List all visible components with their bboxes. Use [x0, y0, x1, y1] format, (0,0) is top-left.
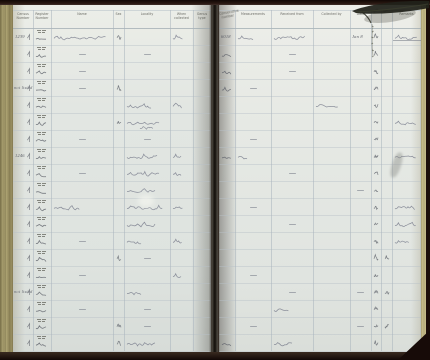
census-tick-mark	[27, 153, 32, 160]
handwriting-script	[140, 124, 153, 131]
handwriting-script	[127, 152, 157, 161]
handwriting-script	[274, 33, 305, 42]
register-date-stamp	[37, 217, 46, 218]
handwritten-number	[222, 68, 231, 76]
handwritten-register-number	[36, 273, 46, 280]
register-date-stamp	[37, 149, 46, 150]
ditto-dash-mark	[289, 54, 296, 55]
binding-gutter	[209, 4, 220, 355]
register-date-stamp	[37, 319, 46, 320]
census-tick-mark	[27, 51, 32, 58]
handwritten-number	[222, 340, 231, 348]
column-header-collby: Collected by	[313, 13, 350, 16]
row-line	[219, 334, 421, 335]
census-tick-mark	[27, 340, 32, 347]
handwritten-text: 1239	[15, 35, 25, 40]
ditto-dash-mark	[144, 309, 151, 310]
row-line	[219, 130, 421, 131]
handwritten-register-number	[36, 341, 46, 348]
handwriting-script	[127, 101, 151, 110]
row-line	[219, 181, 421, 182]
header-bottom-rule	[13, 28, 211, 29]
page-block-edge-left	[0, 4, 13, 354]
handwritten-register-number	[36, 137, 46, 144]
ledger-page-left: Census NumberRegister NumberNameSexLocal…	[13, 5, 211, 352]
handwriting-script	[127, 339, 155, 348]
census-tick-mark	[27, 187, 32, 194]
sex-mark	[385, 254, 389, 262]
handwriting-script	[173, 101, 182, 110]
sex-mark	[117, 84, 121, 92]
register-date-stamp	[38, 83, 45, 84]
column-header-date: Date	[350, 13, 371, 16]
handwritten-register-number	[36, 307, 46, 314]
row-line	[13, 181, 211, 182]
register-date-stamp	[38, 100, 45, 101]
handwriting-script	[173, 169, 181, 178]
register-date-stamp	[37, 115, 46, 116]
census-tick-mark	[27, 68, 32, 75]
sex-mark	[374, 237, 378, 245]
census-tick-mark	[27, 255, 32, 262]
ditto-dash-mark	[250, 275, 257, 276]
handwriting-script	[127, 169, 159, 178]
sex-mark	[374, 322, 378, 330]
handwritten-register-number	[36, 188, 46, 195]
register-date-stamp	[37, 132, 46, 133]
row-line	[13, 62, 211, 63]
register-date-stamp	[38, 185, 45, 186]
ditto-dash-mark	[144, 258, 151, 259]
header-top-rule	[13, 10, 211, 11]
census-tick-mark	[27, 221, 32, 228]
sex-mark	[374, 33, 378, 41]
margin-note: not listed	[14, 86, 32, 91]
sex-mark	[374, 135, 378, 143]
census-tick-mark	[27, 119, 32, 126]
ditto-dash-mark	[250, 207, 257, 208]
sex-mark	[374, 152, 378, 160]
ditto-dash-mark	[144, 326, 151, 327]
sex-mark	[374, 305, 378, 313]
row-line	[13, 79, 211, 80]
register-date-stamp	[38, 270, 45, 271]
sex-mark	[117, 118, 121, 126]
ditto-dash-mark	[289, 224, 296, 225]
ditto-dash-mark	[79, 275, 86, 276]
column-line	[381, 10, 382, 351]
column-header-meas: Measurements	[235, 13, 271, 16]
row-line	[13, 334, 211, 335]
ditto-dash-mark	[289, 71, 296, 72]
column-line	[350, 10, 351, 351]
handwritten-number	[222, 85, 231, 93]
row-line	[13, 198, 211, 199]
column-header-census: Census Number	[13, 13, 33, 20]
ditto-dash-mark	[289, 292, 296, 293]
census-tick-mark	[27, 238, 32, 245]
handwriting-script	[173, 33, 182, 42]
ditto-dash-mark	[250, 326, 257, 327]
register-date-stamp	[38, 32, 45, 33]
handwriting-script	[395, 203, 415, 212]
row-line	[219, 283, 421, 284]
handwriting-script	[274, 305, 288, 314]
column-line	[51, 10, 52, 351]
register-date-stamp	[38, 321, 45, 322]
handwriting-script	[127, 220, 155, 229]
row-line	[13, 215, 211, 216]
sex-mark	[117, 339, 121, 347]
register-date-stamp	[38, 168, 45, 169]
column-header-register: Register Number	[33, 13, 51, 20]
sex-mark	[374, 186, 378, 194]
handwritten-register-number	[36, 69, 46, 76]
register-date-stamp	[37, 47, 46, 48]
handwritten-register-number	[36, 35, 46, 42]
row-line	[219, 232, 421, 233]
row-line	[219, 249, 421, 250]
handwriting-script	[127, 237, 141, 246]
ledger-book-photo: Scanned handwritten specimen register le…	[0, 0, 430, 360]
sex-mark	[374, 169, 378, 177]
column-header-name: Name	[51, 13, 113, 16]
row-line	[219, 113, 421, 114]
sex-mark	[374, 288, 378, 296]
book-cover-top	[0, 0, 430, 5]
census-tick-mark	[27, 102, 32, 109]
row-line	[13, 283, 211, 284]
register-date-stamp	[37, 268, 46, 269]
sex-mark	[117, 33, 121, 41]
column-line	[113, 10, 114, 351]
ditto-dash-mark	[357, 190, 364, 191]
handwritten-register-number	[36, 256, 46, 263]
column-header-sex: Sex	[113, 13, 124, 16]
row-line	[219, 96, 421, 97]
handwritten-register-number	[36, 222, 46, 229]
column-line	[392, 10, 393, 351]
sex-mark	[374, 271, 378, 279]
register-date-stamp	[38, 49, 45, 50]
census-tick-mark	[27, 136, 32, 143]
register-date-stamp	[38, 219, 45, 220]
handwritten-register-number	[36, 239, 46, 246]
ditto-dash-mark	[289, 173, 296, 174]
census-tick-mark	[27, 170, 32, 177]
page-block-edge-right	[421, 5, 426, 343]
handwritten-text: 1246	[15, 154, 25, 159]
header-bottom-rule	[219, 28, 421, 29]
register-date-stamp	[38, 304, 45, 305]
handwritten-text: 6018	[221, 35, 231, 40]
register-date-stamp	[37, 30, 46, 31]
handwriting-script	[127, 288, 141, 297]
row-line	[13, 300, 211, 301]
register-date-stamp	[38, 338, 45, 339]
handwritten-register-number	[36, 120, 46, 127]
row-line	[219, 147, 421, 148]
register-date-stamp	[37, 200, 46, 201]
register-date-stamp	[37, 285, 46, 286]
row-line	[13, 45, 211, 46]
ditto-dash-mark	[79, 88, 86, 89]
census-tick-mark	[27, 323, 32, 330]
register-date-stamp	[37, 336, 46, 337]
handwriting-script	[173, 271, 181, 280]
sex-mark	[374, 67, 378, 75]
sex-mark	[374, 203, 378, 211]
row-line	[13, 317, 211, 318]
sex-mark	[385, 288, 389, 296]
paper-glare-spot	[138, 195, 154, 207]
register-date-stamp	[38, 151, 45, 152]
sex-mark	[374, 339, 378, 347]
handwriting-script	[316, 101, 338, 110]
register-date-stamp	[38, 66, 45, 67]
row-line	[13, 249, 211, 250]
handwriting-script	[274, 339, 292, 348]
column-line	[371, 10, 372, 351]
row-line	[219, 45, 421, 46]
handwritten-register-number	[36, 86, 46, 93]
sex-mark	[385, 322, 389, 330]
column-header-when: When collected	[170, 13, 193, 20]
row-line	[13, 164, 211, 165]
column-line	[193, 10, 194, 351]
column-header-received: Received from	[271, 13, 313, 16]
row-line	[219, 62, 421, 63]
row-line	[13, 266, 211, 267]
column-header-sex2: Sex	[371, 7, 381, 16]
ditto-dash-mark	[79, 241, 86, 242]
census-tick-mark	[27, 34, 32, 41]
census-tick-mark	[27, 306, 32, 313]
census-tick-mark	[27, 272, 32, 279]
sex-mark	[374, 50, 378, 58]
sex-mark	[117, 254, 121, 262]
column-line	[124, 10, 125, 351]
register-date-stamp	[37, 166, 46, 167]
ditto-dash-mark	[250, 139, 257, 140]
ditto-dash-mark	[79, 309, 86, 310]
column-line	[170, 10, 171, 351]
register-date-stamp	[37, 183, 46, 184]
sex-mark	[117, 322, 121, 330]
ditto-dash-mark	[250, 88, 257, 89]
column-header-remarks: Remarks	[392, 13, 421, 16]
column-line	[33, 10, 34, 351]
row-line	[219, 198, 421, 199]
row-line	[13, 96, 211, 97]
handwriting-script	[173, 237, 182, 246]
column-line	[235, 10, 236, 351]
register-date-stamp	[37, 64, 46, 65]
handwritten-number	[222, 153, 231, 161]
handwriting-script	[127, 186, 155, 195]
ditto-dash-mark	[144, 54, 151, 55]
handwritten-register-number	[36, 205, 46, 212]
handwritten-number	[222, 51, 231, 59]
handwritten-register-number	[36, 290, 46, 297]
sex-mark	[374, 118, 378, 126]
register-date-stamp	[38, 134, 45, 135]
handwriting-script	[238, 33, 253, 42]
handwritten-register-number	[36, 171, 46, 178]
handwriting-script	[395, 118, 416, 127]
ditto-dash-mark	[79, 54, 86, 55]
handwriting-script	[395, 220, 416, 229]
row-line	[13, 130, 211, 131]
ledger-page-right: Consecutive numberMeasurementsReceived f…	[219, 5, 421, 352]
handwriting-script	[54, 33, 106, 42]
row-line	[219, 79, 421, 80]
handwriting-script	[238, 152, 247, 161]
register-date-stamp	[38, 236, 45, 237]
row-line	[219, 300, 421, 301]
register-date-stamp	[37, 81, 46, 82]
row-line	[13, 232, 211, 233]
row-line	[219, 317, 421, 318]
handwriting-script	[54, 203, 79, 212]
register-date-stamp	[38, 253, 45, 254]
register-date-stamp	[38, 117, 45, 118]
column-line	[313, 10, 314, 351]
sex-mark	[374, 84, 378, 92]
handwritten-register-number	[36, 103, 46, 110]
register-date-stamp	[37, 251, 46, 252]
handwritten-register-number	[36, 154, 46, 161]
handwritten-text: Jan 8	[352, 35, 363, 40]
ditto-dash-mark	[79, 71, 86, 72]
sex-mark	[374, 220, 378, 228]
handwritten-register-number	[36, 324, 46, 331]
register-date-stamp	[37, 98, 46, 99]
register-date-stamp	[37, 302, 46, 303]
book-cover-bottom	[0, 352, 430, 360]
handwriting-script	[173, 152, 181, 161]
ditto-dash-mark	[357, 292, 364, 293]
sex-mark	[374, 101, 378, 109]
row-line	[219, 215, 421, 216]
ditto-dash-mark	[79, 173, 86, 174]
ditto-dash-mark	[357, 326, 364, 327]
column-header-contno: Consecutive number	[219, 10, 236, 20]
column-header-locality: Locality	[124, 13, 170, 16]
ditto-dash-mark	[79, 139, 86, 140]
handwritten-register-number	[36, 52, 46, 59]
register-date-stamp	[37, 234, 46, 235]
column-line	[271, 10, 272, 351]
register-date-stamp	[38, 202, 45, 203]
ditto-dash-mark	[144, 139, 151, 140]
header-top-rule	[219, 10, 421, 11]
row-line	[13, 113, 211, 114]
handwriting-script	[395, 237, 409, 246]
margin-note: not listed	[14, 290, 32, 295]
handwriting-script	[173, 203, 182, 212]
register-date-stamp	[38, 287, 45, 288]
row-line	[219, 266, 421, 267]
census-tick-mark	[27, 204, 32, 211]
sex-mark	[374, 254, 378, 262]
row-line	[13, 147, 211, 148]
